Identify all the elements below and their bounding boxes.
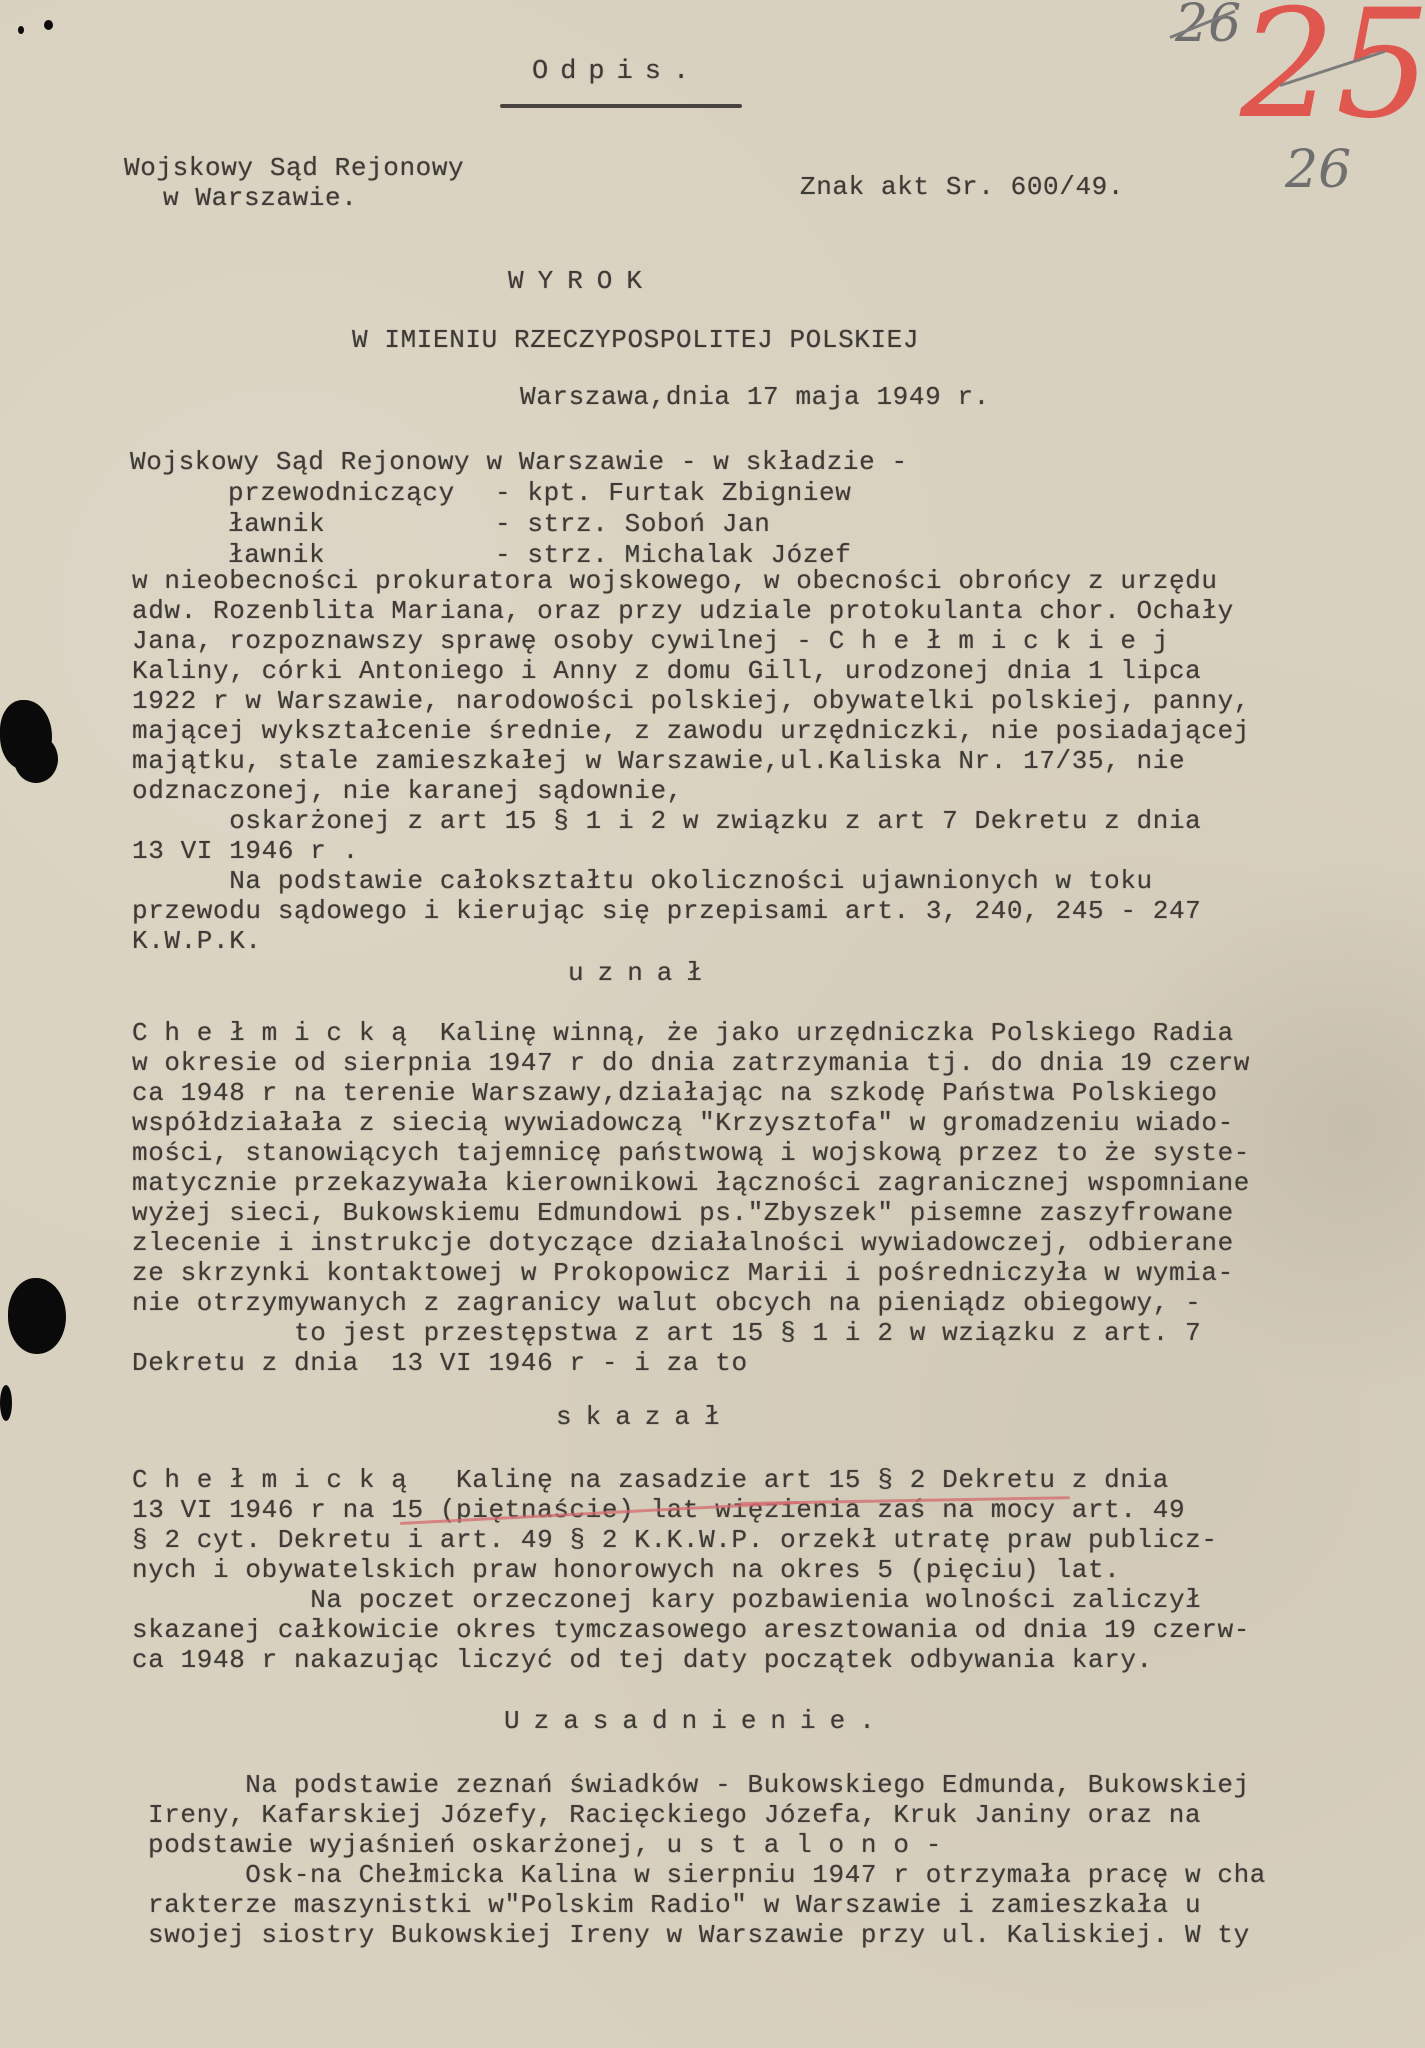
finding-line: współdziałała z siecią wywiadowczą "Krzy… bbox=[132, 1108, 1234, 1138]
preamble-line: 1922 r w Warszawie, narodowości polskiej… bbox=[132, 686, 1250, 716]
finding-line: wyżej sieci, Bukowskiemu Edmundowi ps."Z… bbox=[132, 1198, 1234, 1228]
preamble-line: adw. Rozenblita Mariana, oraz przy udzia… bbox=[132, 596, 1234, 626]
finding-heading: uznał bbox=[568, 958, 716, 988]
justification-line: podstawie wyjaśnień oskarżonej, u s t a … bbox=[148, 1830, 942, 1860]
finding-line: matycznie przekazywała kierownikowi łącz… bbox=[132, 1168, 1250, 1198]
sentence-line: nych i obywatelskich praw honorowych na … bbox=[132, 1555, 1120, 1585]
punch-hole-bottom bbox=[8, 1278, 66, 1354]
case-reference: Znak akt Sr. 600/49. bbox=[800, 172, 1124, 202]
finding-line: nie otrzymywanych z zagranicy walut obcy… bbox=[132, 1288, 1201, 1318]
preamble-line: 13 VI 1946 r . bbox=[132, 836, 359, 866]
preamble-line: Na podstawie całokształtu okoliczności u… bbox=[132, 866, 1153, 896]
justification-line: rakterze maszynistki w"Polskim Radio" w … bbox=[148, 1890, 1201, 1920]
justification-line: Osk-na Chełmicka Kalina w sierpniu 1947 … bbox=[148, 1860, 1266, 1890]
justification-heading: Uzasadnienie. bbox=[504, 1706, 889, 1736]
document-title: Odpis. bbox=[532, 57, 701, 87]
sentence-heading: skazał bbox=[556, 1402, 734, 1432]
preamble-line: Jana, rozpoznawszy sprawę osoby cywilnej… bbox=[132, 626, 1169, 656]
title-underline bbox=[500, 104, 742, 108]
composition-role: ławnik bbox=[228, 509, 325, 539]
punch-hole-top-lobe bbox=[14, 735, 58, 783]
verdict-subtitle: W IMIENIU RZECZYPOSPOLITEJ POLSKIEJ bbox=[352, 325, 919, 355]
punch-hole-bottom-edge bbox=[0, 1385, 12, 1421]
preamble-line: mającej wykształcenie średnie, z zawodu … bbox=[132, 716, 1250, 746]
verdict-title: WYROK bbox=[300, 266, 1425, 296]
finding-line: w okresie od sierpnia 1947 r do dnia zat… bbox=[132, 1048, 1250, 1078]
preamble-line: K.W.P.K. bbox=[132, 926, 262, 956]
preamble-line: w nieobecności prokuratora wojskowego, w… bbox=[132, 566, 1218, 596]
folio-pencil-struck: 26 bbox=[1175, 0, 1241, 54]
preamble-line: odznaczonej, nie karanej sądownie, bbox=[132, 776, 683, 806]
justification-line: Na podstawie zeznań świadków - Bukowskie… bbox=[148, 1770, 1250, 1800]
sentence-line: Na poczet orzeczonej kary pozbawienia wo… bbox=[132, 1585, 1201, 1615]
finding-line: Dekretu z dnia 13 VI 1946 r - i za to bbox=[132, 1348, 748, 1378]
ink-speck bbox=[44, 20, 53, 30]
court-name-line1: Wojskowy Sąd Rejonowy bbox=[124, 153, 464, 183]
folio-pencil-number: 26 bbox=[1285, 140, 1351, 200]
ink-speck bbox=[18, 26, 24, 34]
finding-line: ca 1948 r na terenie Warszawy,działając … bbox=[132, 1078, 1218, 1108]
document-page: 26 25 26 Odpis. Wojskowy Sąd Rejonowy w … bbox=[0, 0, 1425, 2048]
finding-line: ze skrzynki kontaktowej w Prokopowicz Ma… bbox=[132, 1258, 1234, 1288]
composition-member: - kpt. Furtak Zbigniew bbox=[495, 478, 851, 508]
sentence-line: ca 1948 r nakazując liczyć od tej daty p… bbox=[132, 1645, 1153, 1675]
composition-role: przewodniczący bbox=[228, 478, 455, 508]
finding-line: mości, stanowiących tajemnicę państwową … bbox=[132, 1138, 1250, 1168]
place-and-date: Warszawa,dnia 17 maja 1949 r. bbox=[520, 382, 990, 412]
finding-line: zlecenie i instrukcje dotyczące działaln… bbox=[132, 1228, 1234, 1258]
finding-line: to jest przestępstwa z art 15 § 1 i 2 w … bbox=[132, 1318, 1201, 1348]
preamble-line: majątku, stale zamieszkałej w Warszawie,… bbox=[132, 746, 1185, 776]
sentence-line: C h e ł m i c k ą Kalinę na zasadzie art… bbox=[132, 1465, 1169, 1495]
preamble-line: Kaliny, córki Antoniego i Anny z domu Gi… bbox=[132, 656, 1201, 686]
sentence-line: skazanej całkowicie okres tymczasowego a… bbox=[132, 1615, 1250, 1645]
court-name-line2: w Warszawie. bbox=[163, 183, 357, 213]
composition-member: - strz. Soboń Jan bbox=[495, 509, 770, 539]
composition-intro: Wojskowy Sąd Rejonowy w Warszawie - w sk… bbox=[130, 447, 908, 477]
sentence-line: § 2 cyt. Dekretu i art. 49 § 2 K.K.W.P. … bbox=[132, 1525, 1218, 1555]
justification-line: swojej siostry Bukowskiej Ireny w Warsza… bbox=[148, 1920, 1250, 1950]
justification-line: Ireny, Kafarskiej Józefy, Racięckiego Jó… bbox=[148, 1800, 1201, 1830]
finding-line: C h e ł m i c k ą Kalinę winną, że jako … bbox=[132, 1018, 1234, 1048]
preamble-line: przewodu sądowego i kierując się przepis… bbox=[132, 896, 1201, 926]
preamble-line: oskarżonej z art 15 § 1 i 2 w związku z … bbox=[132, 806, 1201, 836]
